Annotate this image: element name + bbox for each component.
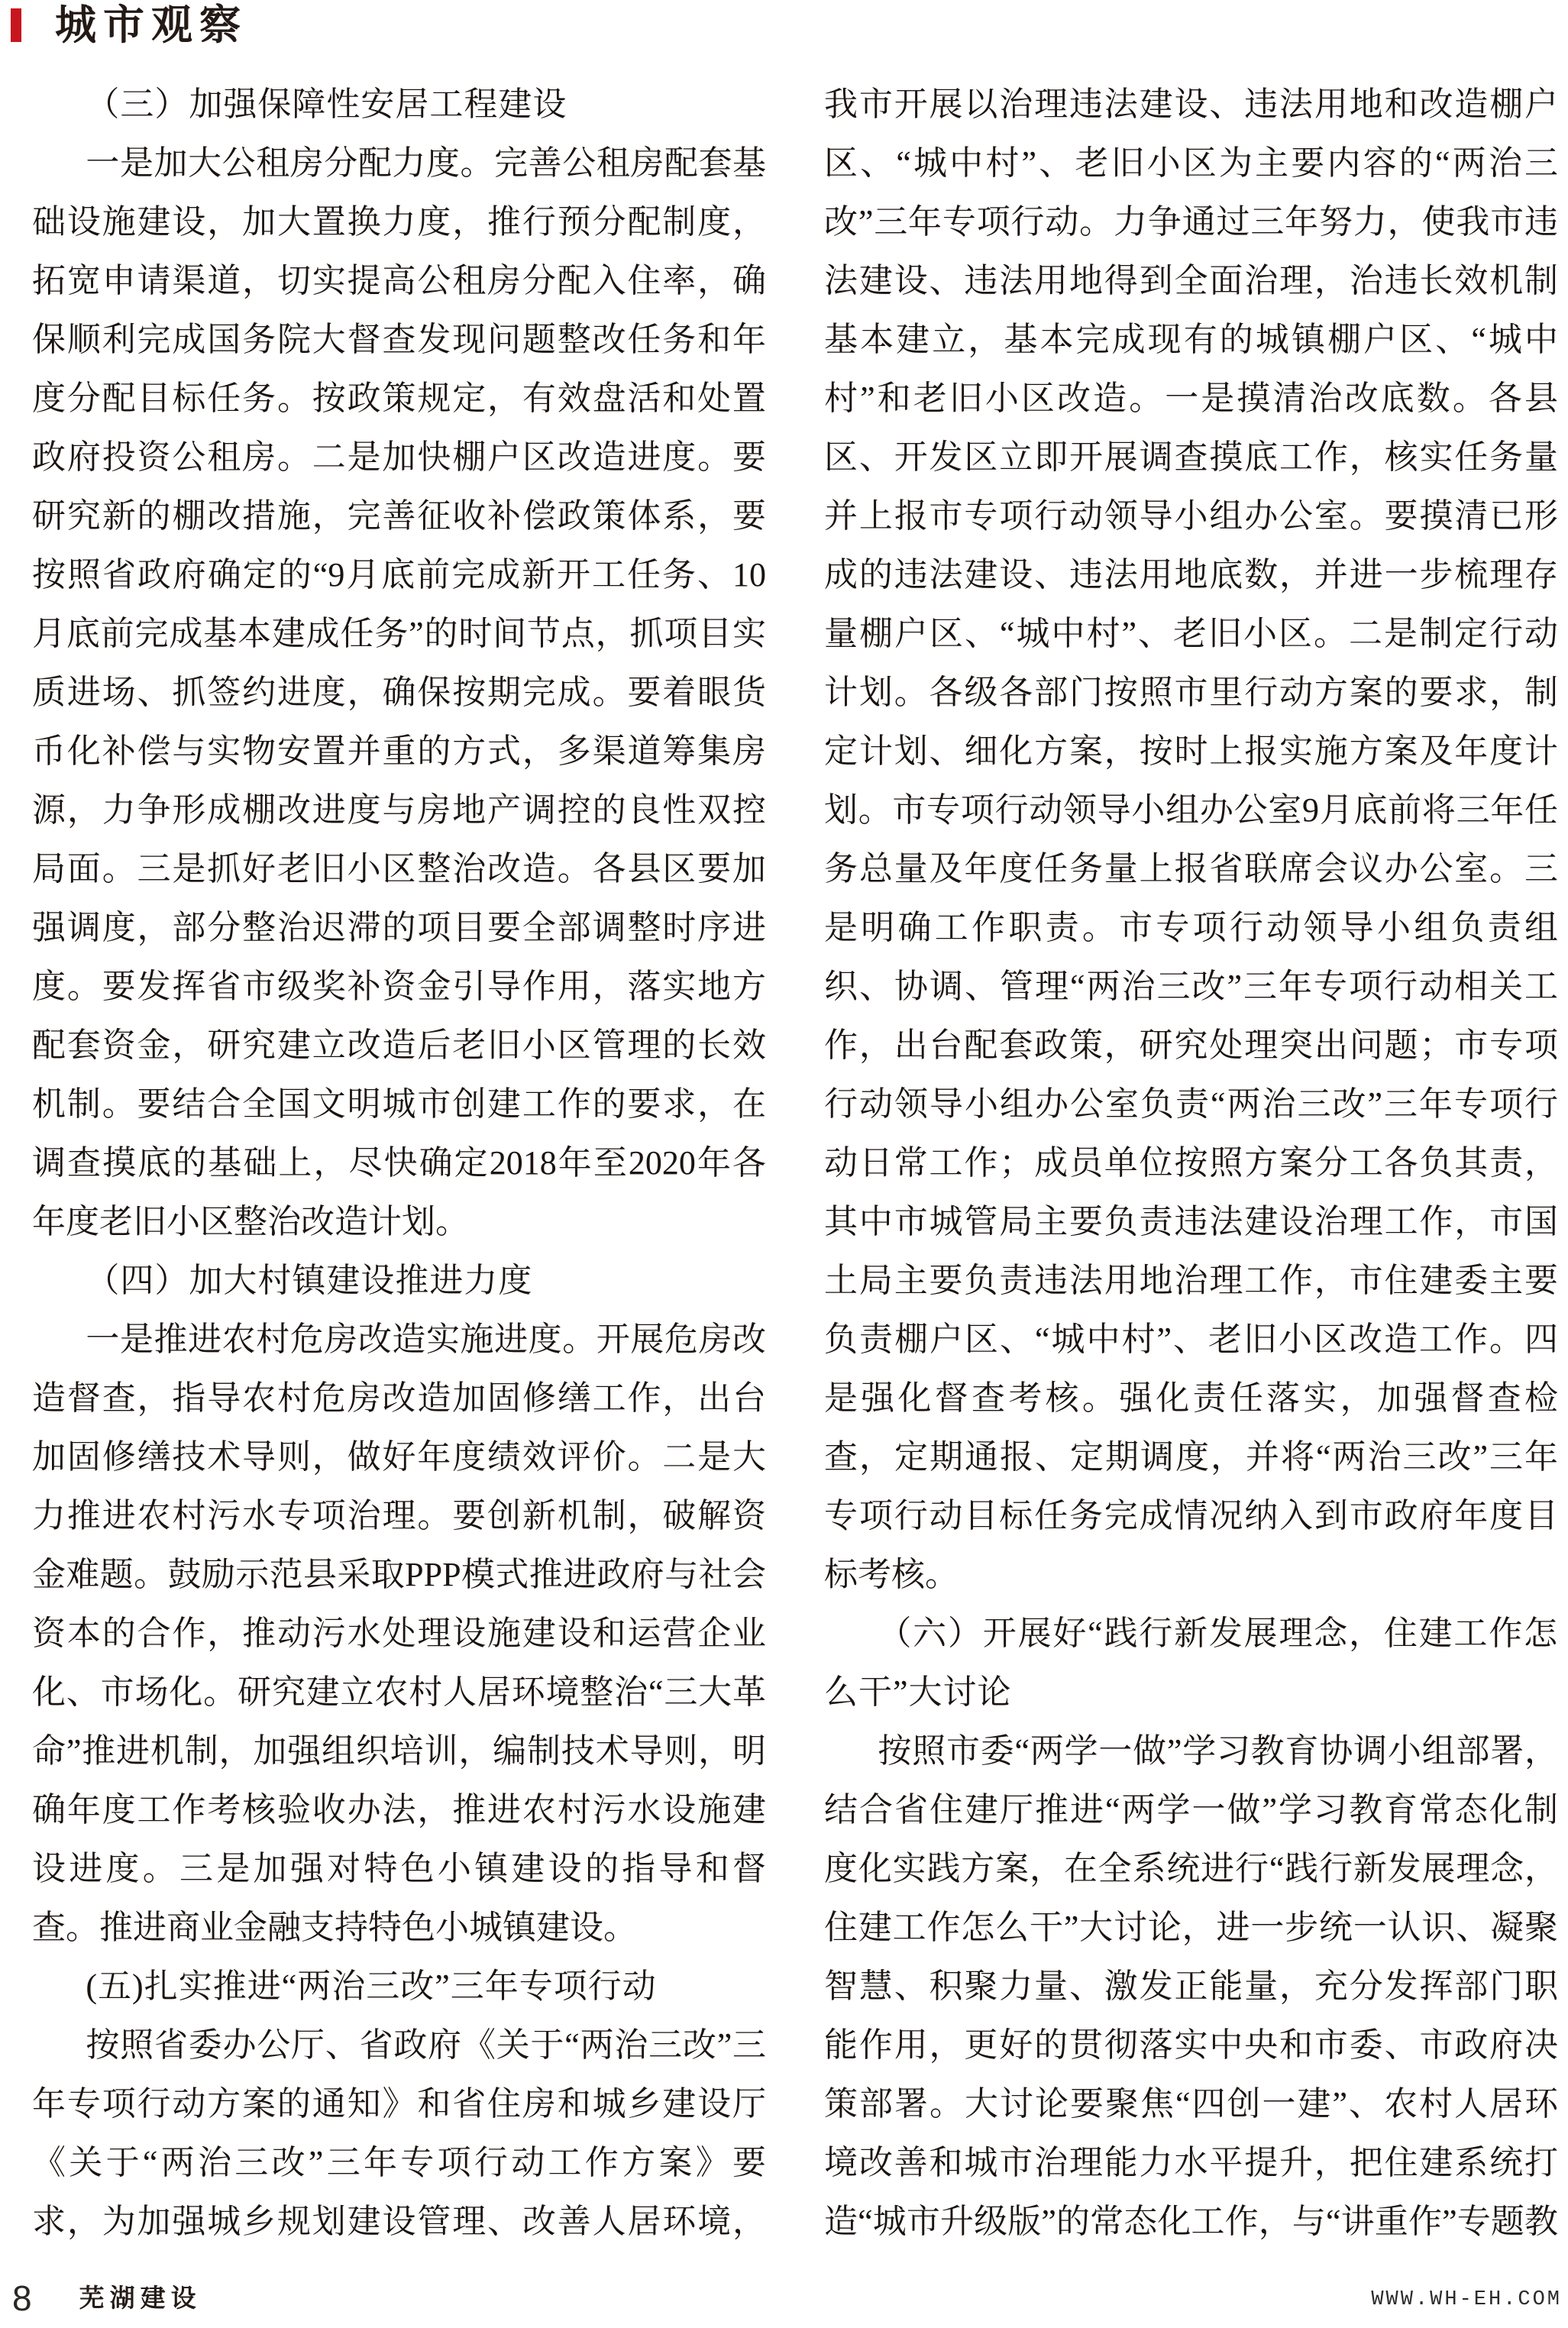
- masthead: 城市观察: [11, 6, 247, 44]
- masthead-accent-bar: [11, 8, 21, 42]
- footer-left: 8 芜湖建设: [12, 2281, 202, 2316]
- section-3-paragraph: 一是加大公租房分配力度。完善公租房配套基础设施建设，加大置换力度，推行预分配制度…: [32, 134, 766, 1251]
- section-heading-3: （三）加强保障性安居工程建设: [32, 75, 766, 134]
- website-url: WWW.WH-EH.COM: [1371, 2288, 1562, 2311]
- page-number: 8: [12, 2281, 32, 2316]
- section-4-paragraph: 一是推进农村危房改造实施进度。开展危房改造督查，指导农村危房改造加固修缮工作，出…: [32, 1310, 766, 1957]
- masthead-title: 城市观察: [55, 6, 247, 44]
- section-heading-6: （六）开展好“践行新发展理念，住建工作怎么干”大讨论: [824, 1604, 1558, 1722]
- journal-name: 芜湖建设: [79, 2283, 202, 2313]
- section-heading-5: (五)扎实推进“两治三改”三年专项行动: [32, 1957, 766, 2016]
- magazine-page: 城市观察 （三）加强保障性安居工程建设 一是加大公租房分配力度。完善公租房配套基…: [0, 0, 1568, 2328]
- section-heading-4: （四）加大村镇建设推进力度: [32, 1251, 766, 1310]
- article-columns: （三）加强保障性安居工程建设 一是加大公租房分配力度。完善公租房配套基础设施建设…: [32, 75, 1558, 2261]
